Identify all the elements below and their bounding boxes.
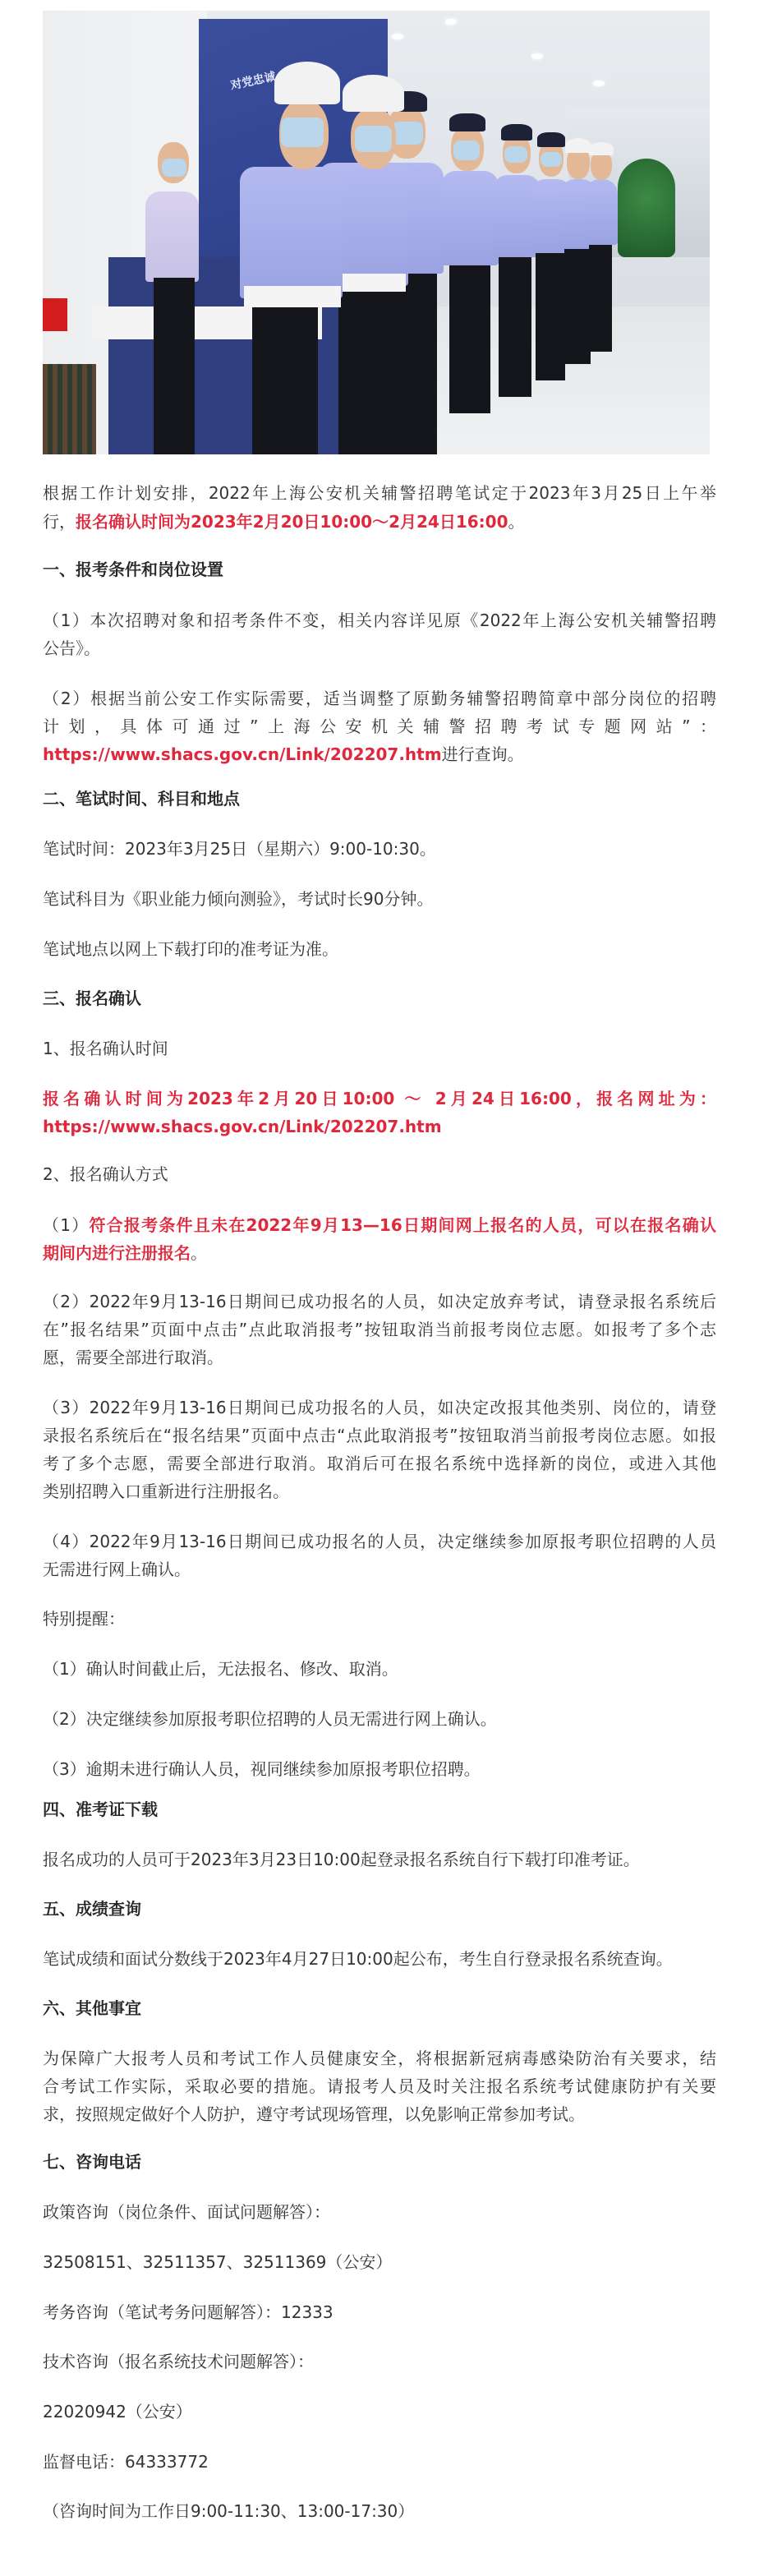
s3-method-3-cont: 考了多个志愿，需要全部进行取消。取消后可在报名系统中选择新的岗位，或进入其他 — [43, 1449, 716, 1477]
s3-sub-1: 1、报名确认时间 — [43, 1035, 716, 1062]
s1-item-2-link-line: https://www.shacs.gov.cn/Link/202207.htm… — [43, 740, 716, 768]
photo-officer — [392, 122, 423, 145]
section-heading-2: 二、笔试时间、科目和地点 — [43, 785, 716, 813]
photo-seated-person — [43, 364, 96, 454]
health-notice-cont: 合考试工作实际，采取必要的措施。请报考人员及时关注报名系统考试健康防护有关要 — [43, 2072, 716, 2100]
photo-officer — [441, 171, 499, 265]
s3-method-3-cont: 类别招聘入口重新进行注册报名。 — [43, 1477, 716, 1505]
health-notice: 为保障广大报考人员和考试工作人员健康安全，将根据新冠病毒感染防治有关要求，结 — [43, 2044, 716, 2072]
photo-officer — [499, 249, 531, 397]
photo-officer — [565, 138, 591, 153]
ceiling-light-icon — [593, 81, 605, 86]
exam-place: 笔试地点以网上下载打印的准考证为准。 — [43, 935, 716, 963]
photo-officer — [343, 75, 404, 112]
photo-officer — [453, 141, 480, 160]
photo-officer — [504, 146, 527, 163]
photo-officer — [240, 167, 343, 298]
section-heading-4: 四、准考证下载 — [43, 1795, 716, 1823]
exam-website-link[interactable]: https://www.shacs.gov.cn/Link/202207.htm — [43, 744, 442, 764]
exam-affairs-consult: 考务咨询（笔试考务问题解答）：12333 — [43, 2298, 716, 2326]
reminder-title: 特别提醒： — [43, 1605, 716, 1633]
photo-officer — [162, 159, 186, 177]
s3-method-1-cont: 期间内进行注册报名。 — [43, 1239, 716, 1267]
s3-method-4: （4）2022年9月13-16日期间已成功报名的人员，决定继续参加原报考职位招聘… — [43, 1528, 716, 1555]
registration-window-highlight: 报名确认时间为2023年2月20日10:00～2月24日16:00 — [76, 512, 508, 532]
photo-officer — [540, 152, 562, 167]
score-query-text: 笔试成绩和面试分数线于2023年4月27日10:00起公布，考生自行登录报名系统… — [43, 1945, 716, 1973]
photo-officer — [154, 278, 195, 454]
consult-hours: （咨询时间为工作日9:00-11:30、13:00-17:30） — [43, 2497, 716, 2525]
s3-method-1-prefix: （1） — [43, 1215, 89, 1235]
ceiling-light-icon — [531, 53, 543, 59]
reminder-item-3: （3）逾期未进行确认人员，视同继续参加原报考职位招聘。 — [43, 1755, 716, 1783]
tech-consult-label: 技术咨询（报名系统技术问题解答）： — [43, 2348, 716, 2376]
s3-method-2-cont: 愿，需要全部进行取消。 — [43, 1343, 716, 1371]
intro-text: 。 — [508, 512, 524, 532]
ceiling-light-icon — [392, 34, 403, 39]
s3-method-4-cont: 无需进行网上确认。 — [43, 1555, 716, 1583]
photo-officer — [585, 179, 618, 245]
photo-officer — [281, 118, 324, 147]
photo-officer — [449, 257, 490, 413]
s3-method-2: （2）2022年9月13-16日期间已成功报名的人员，如决定放弃考试，请登录报名… — [43, 1288, 716, 1316]
photo-officer — [355, 126, 392, 152]
photo-officer — [449, 113, 485, 131]
intro-paragraph: 根据工作计划安排，2022年上海公安机关辅警招聘笔试定于2023年3月25日上午… — [43, 479, 716, 507]
section-heading-3: 三、报名确认 — [43, 984, 716, 1012]
photo-officer — [338, 274, 394, 454]
intro-text: 行， — [43, 512, 76, 532]
s3-method-1-highlight: 期间内进行注册报名 — [43, 1243, 191, 1263]
photo-officer — [501, 124, 532, 141]
s3-method-2-cont: 在”报名结果”页面中点击”点此取消报考”按钮取消当前报考岗位志愿。如报考了多个志 — [43, 1316, 716, 1343]
photo-officer — [536, 241, 565, 380]
s1-item-2-suffix: 进行查询。 — [442, 744, 524, 764]
photo-officer — [589, 142, 614, 155]
photo-officer — [537, 132, 565, 147]
photo-officer — [388, 265, 437, 454]
ceiling-light-icon — [445, 19, 457, 25]
s1-item-2-cont: 计划，具体可通过”上海公安机关辅警招聘考试专题网站”： — [43, 712, 716, 740]
photo-officer — [564, 233, 591, 364]
s3-confirm-time-highlight: 报名确认时间为2023年2月20日10:00 ～ 2月24日16:00，报名网址… — [43, 1085, 716, 1113]
s1-item-2: （2）根据当前公安工作实际需要，适当调整了原勤务辅警招聘简章中部分岗位的招聘 — [43, 684, 716, 712]
photo-officer — [589, 228, 612, 352]
s3-confirm-link-line: https://www.shacs.gov.cn/Link/202207.htm — [43, 1113, 716, 1141]
s3-method-1-suffix: 。 — [191, 1243, 207, 1263]
supervision-phone: 监督电话：64333772 — [43, 2448, 716, 2476]
photo-officer — [274, 62, 340, 104]
policy-consult-numbers: 32508151、32511357、32511369（公安） — [43, 2248, 716, 2276]
registration-website-link[interactable]: https://www.shacs.gov.cn/Link/202207.htm — [43, 1117, 442, 1136]
photo-flag — [43, 298, 67, 331]
section-heading-5: 五、成绩查询 — [43, 1895, 716, 1923]
section-heading-6: 六、其他事宜 — [43, 1994, 716, 2022]
s1-item-1: （1）本次招聘对象和招考条件不变，相关内容详见原《2022年上海公安机关辅警招聘 — [43, 606, 716, 634]
hero-photo: 对党忠诚 — [43, 11, 710, 454]
s3-method-3: （3）2022年9月13-16日期间已成功报名的人员，如决定改报其他类别、岗位的… — [43, 1394, 716, 1422]
admission-ticket-text: 报名成功的人员可于2023年3月23日10:00起登录报名系统自行下载打印准考证… — [43, 1846, 716, 1873]
section-heading-7: 七、咨询电话 — [43, 2148, 716, 2176]
s3-method-1-highlight: 符合报考条件且未在2022年9月13—16日期间网上报名的人员，可以在报名确认 — [89, 1215, 716, 1235]
s3-method-1: （1）符合报考条件且未在2022年9月13—16日期间网上报名的人员，可以在报名… — [43, 1211, 716, 1239]
intro-paragraph-line2: 行，报名确认时间为2023年2月20日10:00～2月24日16:00。 — [43, 508, 716, 536]
section-heading-1: 一、报考条件和岗位设置 — [43, 555, 716, 583]
s3-sub-2: 2、报名确认方式 — [43, 1160, 716, 1188]
reminder-item-2: （2）决定继续参加原报考职位招聘的人员无需进行网上确认。 — [43, 1705, 716, 1733]
photo-officer — [252, 290, 318, 454]
policy-consult-label: 政策咨询（岗位条件、面试问题解答）： — [43, 2198, 716, 2226]
exam-subject: 笔试科目为《职业能力倾向测验》，考试时长90分钟。 — [43, 885, 716, 913]
tech-consult-number: 22020942（公安） — [43, 2398, 716, 2426]
health-notice-cont: 求，按照规定做好个人防护，遵守考试现场管理，以免影响正常参加考试。 — [43, 2100, 716, 2128]
photo-officer — [244, 286, 341, 307]
s1-item-1-cont: 公告》。 — [43, 634, 716, 662]
reminder-item-1: （1）确认时间截止后，无法报名、修改、取消。 — [43, 1655, 716, 1683]
photo-plant — [618, 159, 675, 257]
s3-method-3-cont: 录报名系统后在“报名结果”页面中点击“点此取消报考”按钮取消当前报考岗位志愿。如… — [43, 1422, 716, 1449]
photo-officer — [145, 191, 199, 282]
exam-time: 笔试时间：2023年3月25日（星期六）9:00-10:30。 — [43, 835, 716, 863]
